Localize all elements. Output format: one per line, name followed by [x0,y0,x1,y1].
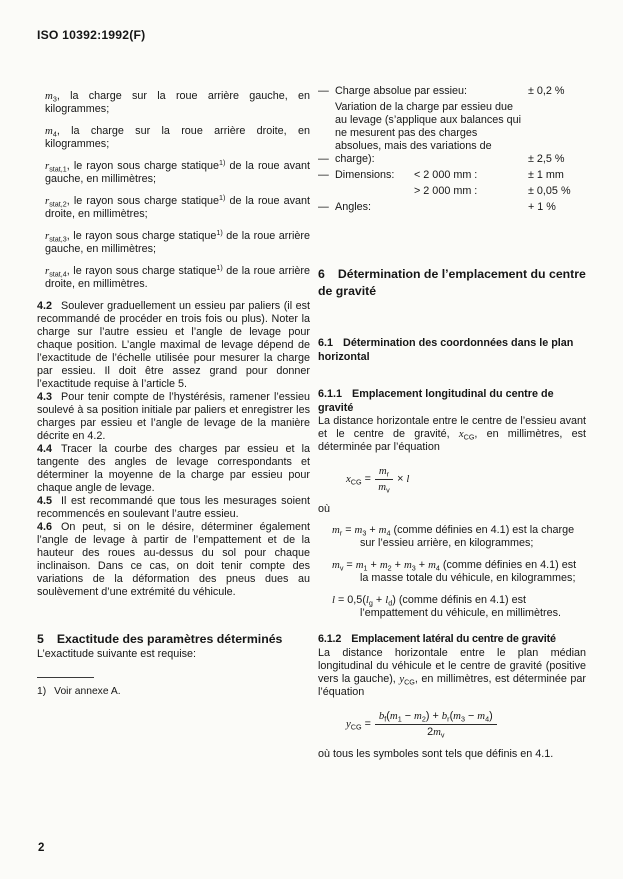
dash-bullet: — [318,85,335,98]
dimensions-sublabel: > 2 000 mm : [414,185,528,198]
accuracy-row-load-variation: — Variation de la charge par essieu due … [318,101,586,166]
section-number: 4.5 [37,495,52,507]
accuracy-value: ± 1 mm [528,169,586,182]
section-number: 4.4 [37,443,52,455]
accuracy-label: Dimensions: [335,169,414,182]
heading-6-1: 6.1Détermination des coordonnées dans le… [318,337,586,364]
definition-item-rstat4: rstat,4, le rayon sous charge statique1)… [45,265,310,291]
dash-bullet: — [318,153,335,166]
heading-6: 6Détermination de l’emplacement du centr… [318,266,586,299]
definition-item-mr: mr = m3 + m4 (comme définies en 4.1) est… [332,524,586,550]
accuracy-value: ± 0,2 % [528,85,586,98]
fraction-denominator: 2mv [427,725,444,739]
section-text: On peut, si on le désire, déterminer éga… [37,521,310,598]
accuracy-label: Variation de la charge par essieu due au… [335,101,528,166]
definition-item-mv: mv = m1 + m2 + m3 + m4 (comme définies e… [332,559,586,585]
paragraph-6-1-1: La distance horizontale entre le centre … [318,415,586,454]
definition-item-rstat2: rstat,2, le rayon sous charge statique1)… [45,195,310,221]
accuracy-row-axle-load: — Charge absolue par essieu: ± 0,2 % [318,85,586,98]
section-text: Soulever graduellement un essieu par pal… [37,300,310,390]
definition-item-rstat3: rstat,3, le rayon sous charge statique1)… [45,230,310,256]
dash-bullet: — [318,169,335,182]
equation-y-cg: yCG = bf(m1 − m2) + br(m3 − m4) 2mv [346,710,586,739]
section-number: 4.3 [37,391,52,403]
accuracy-value: + 1 % [528,201,586,214]
section-4-5-paragraph: 4.5Il est recommandé que tous les mesura… [37,495,310,521]
left-column: m3, la charge sur la roue arrière gauche… [37,85,310,698]
footnote-number: 1) [37,686,46,697]
section-text: Pour tenir compte de l’hystérésis, ramen… [37,391,310,442]
equation-lhs: xCG = [346,473,374,486]
section-text: Il est recommandé que tous les mesurages… [37,495,310,520]
section-number: 4.2 [37,300,52,312]
definition-item-l: l = 0,5(lg + ld) (comme définis en 4.1) … [332,594,586,620]
equation-x-cg: xCG = mr mv × l [346,465,586,494]
heading-5: 5Exactitude des paramètres déterminés [37,631,310,648]
heading-6-1-2: 6.1.2Emplacement latéral du centre de gr… [318,633,586,647]
heading-6-1-1: 6.1.1Emplacement longitudinal du centre … [318,388,586,415]
fraction-numerator: bf(m1 − m2) + br(m3 − m4) [375,710,497,725]
heading-number: 6.1.1 [318,388,342,400]
accuracy-value: ± 0,05 % [528,185,586,198]
footnote-text: Voir annexe A. [54,686,120,697]
accuracy-row-angles: — Angles: + 1 % [318,201,586,214]
accuracy-intro-line: L’exactitude suivante est requise: [37,648,310,661]
heading-title: Emplacement longitudinal du centre de gr… [318,388,554,414]
section-4-3-paragraph: 4.3Pour tenir compte de l’hystérésis, ra… [37,391,310,443]
accuracy-row-dimensions-gt2000: > 2 000 mm : ± 0,05 % [318,185,586,198]
fraction-numerator: mr [375,465,393,480]
heading-number: 5 [37,632,44,646]
fraction: bf(m1 − m2) + br(m3 − m4) 2mv [375,710,497,739]
definition-item-m4: m4, la charge sur la roue arrière droite… [45,125,310,151]
accuracy-label: Angles: [335,201,528,214]
dash-bullet: — [318,201,335,214]
closing-line: où tous les symboles sont tels que défin… [318,748,586,761]
right-column: — Charge absolue par essieu: ± 0,2 % — V… [318,85,586,761]
definition-item-rstat1: rstat,1, le rayon sous charge statique1)… [45,160,310,186]
heading-title: Exactitude des paramètres déterminés [57,632,283,646]
document-header: ISO 10392:1992(F) [37,28,145,42]
ou-label: où [318,503,586,516]
accuracy-row-dimensions-lt2000: — Dimensions: < 2 000 mm : ± 1 mm [318,169,586,182]
heading-number: 6 [318,267,325,281]
equation-rhs: × l [394,473,409,486]
footnote-rule [37,677,94,678]
heading-title: Détermination de l’emplacement du centre… [318,267,586,298]
symbol-definition-list: mr = m3 + m4 (comme définies en 4.1) est… [318,524,586,620]
footnote: 1)Voir annexe A. [37,685,310,698]
accuracy-label: Charge absolue par essieu: [335,85,528,98]
paragraph-6-1-2: La distance horizontale entre le plan mé… [318,647,586,699]
accuracy-list: — Charge absolue par essieu: ± 0,2 % — V… [318,85,586,214]
heading-title: Détermination des coordonnées dans le pl… [318,337,573,363]
equation-lhs: yCG = [346,718,374,731]
heading-number: 6.1 [318,337,333,349]
fraction-denominator: mv [378,480,389,494]
dimensions-sublabel: < 2 000 mm : [414,169,528,182]
section-4-4-paragraph: 4.4Tracer la courbe des charges par essi… [37,443,310,495]
accuracy-value: ± 2,5 % [528,153,586,166]
section-4-2-paragraph: 4.2Soulever graduellement un essieu par … [37,300,310,391]
heading-title: Emplacement latéral du centre de gravité [351,633,556,645]
heading-number: 6.1.2 [318,633,341,645]
fraction: mr mv [375,465,393,494]
section-number: 4.6 [37,521,52,533]
section-text: Tracer la courbe des charges par essieu … [37,443,310,494]
definition-item-m3: m3, la charge sur la roue arrière gauche… [45,90,310,116]
page-number: 2 [38,842,44,854]
section-4-6-paragraph: 4.6On peut, si on le désire, déterminer … [37,521,310,599]
